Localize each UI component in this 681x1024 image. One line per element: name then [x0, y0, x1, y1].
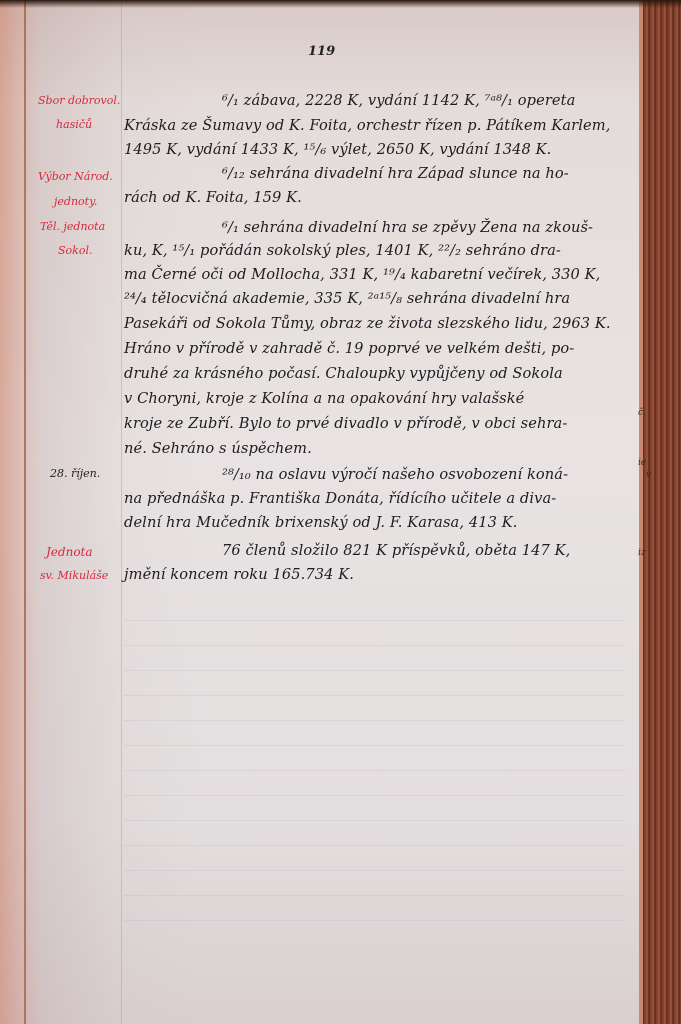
edge-mark: v [646, 470, 651, 480]
body-line: ⁶/₁ zábava, 2228 K, vydání 1142 K, ⁷ᵃ⁸/₁… [222, 92, 681, 109]
body-line: né. Sehráno s úspěchem. [124, 440, 644, 457]
ledger-page: 119 Sbor dobrovol. hasičů Výbor Národ. j… [0, 0, 642, 1024]
show-through-line [124, 695, 624, 696]
body-line: rách od K. Foita, 159 K. [124, 189, 644, 206]
margin-note-28-rijen: 28. říjen. [50, 467, 100, 480]
margin-note-sbor-line1: Sbor dobrovol. [38, 94, 120, 107]
book-page-edges [639, 0, 681, 1024]
edge-mark: č. [638, 408, 646, 418]
show-through-line [124, 670, 624, 671]
show-through-line [124, 920, 624, 921]
show-through-line [124, 620, 624, 621]
margin-note-vybor-line1: Výbor Národ. [38, 170, 113, 183]
body-line: na přednáška p. Františka Donáta, řídící… [124, 490, 644, 507]
margin-note-jednota-line2: sv. Mikuláše [40, 569, 108, 582]
show-through-line [124, 820, 624, 821]
margin-note-sokol-line1: Těl. jednota [40, 220, 105, 233]
body-line: Hráno v přírodě v zahradě č. 19 poprvé v… [124, 340, 644, 357]
top-shadow [0, 0, 681, 8]
margin-note-sbor-line2: hasičů [56, 118, 92, 131]
show-through-line [124, 770, 624, 771]
show-through-line [124, 795, 624, 796]
margin-note-vybor-line2: jednoty. [54, 195, 97, 208]
binding-gutter-line [24, 0, 26, 1024]
body-line: 76 členů složilo 821 K příspěvků, oběta … [222, 542, 681, 559]
body-line: jmění koncem roku 165.734 K. [124, 566, 644, 583]
margin-note-sokol-line2: Sokol. [58, 244, 92, 257]
body-line: ⁶/₁ sehrána divadelní hra se zpěvy Žena … [222, 219, 681, 236]
edge-mark: ie [638, 458, 646, 468]
body-line: kroje ze Zubří. Bylo to prvé divadlo v p… [124, 415, 644, 432]
show-through-line [124, 745, 624, 746]
margin-note-jednota-line1: Jednota [46, 545, 93, 559]
body-line: ²⁴/₄ tělocvičná akademie, 335 K, ²ᵃ¹⁵/₈ … [124, 290, 644, 307]
body-line: delní hra Mučedník brixenský od J. F. Ka… [124, 514, 644, 531]
body-line: 1495 K, vydání 1433 K, ¹⁵/₆ výlet, 2650 … [124, 141, 644, 158]
body-line: druhé za krásného počasí. Chaloupky vypů… [124, 365, 644, 382]
body-line: v Choryni, kroje z Kolína a na opakování… [124, 390, 644, 407]
body-line: Kráska ze Šumavy od K. Foita, orchestr ř… [124, 117, 644, 134]
margin-rule [121, 0, 122, 1024]
show-through-line [124, 645, 624, 646]
body-line: ²⁸/₁₀ na oslavu výročí našeho osvobození… [222, 466, 681, 483]
show-through-line [124, 720, 624, 721]
show-through-line [124, 845, 624, 846]
body-line: ⁶/₁₂ sehrána divadelní hra Západ slunce … [222, 165, 681, 182]
show-through-line [124, 895, 624, 896]
edge-mark: iz [638, 548, 646, 558]
show-through-line [124, 870, 624, 871]
body-line: ku, K, ¹⁵/₁ pořádán sokolský ples, 1401 … [124, 242, 644, 259]
page-number: 119 [308, 44, 335, 59]
body-line: ma Černé oči od Mollocha, 331 K, ¹⁹/₄ ka… [124, 266, 644, 283]
body-line: Pasekáři od Sokola Tůmy, obraz ze života… [124, 315, 644, 332]
